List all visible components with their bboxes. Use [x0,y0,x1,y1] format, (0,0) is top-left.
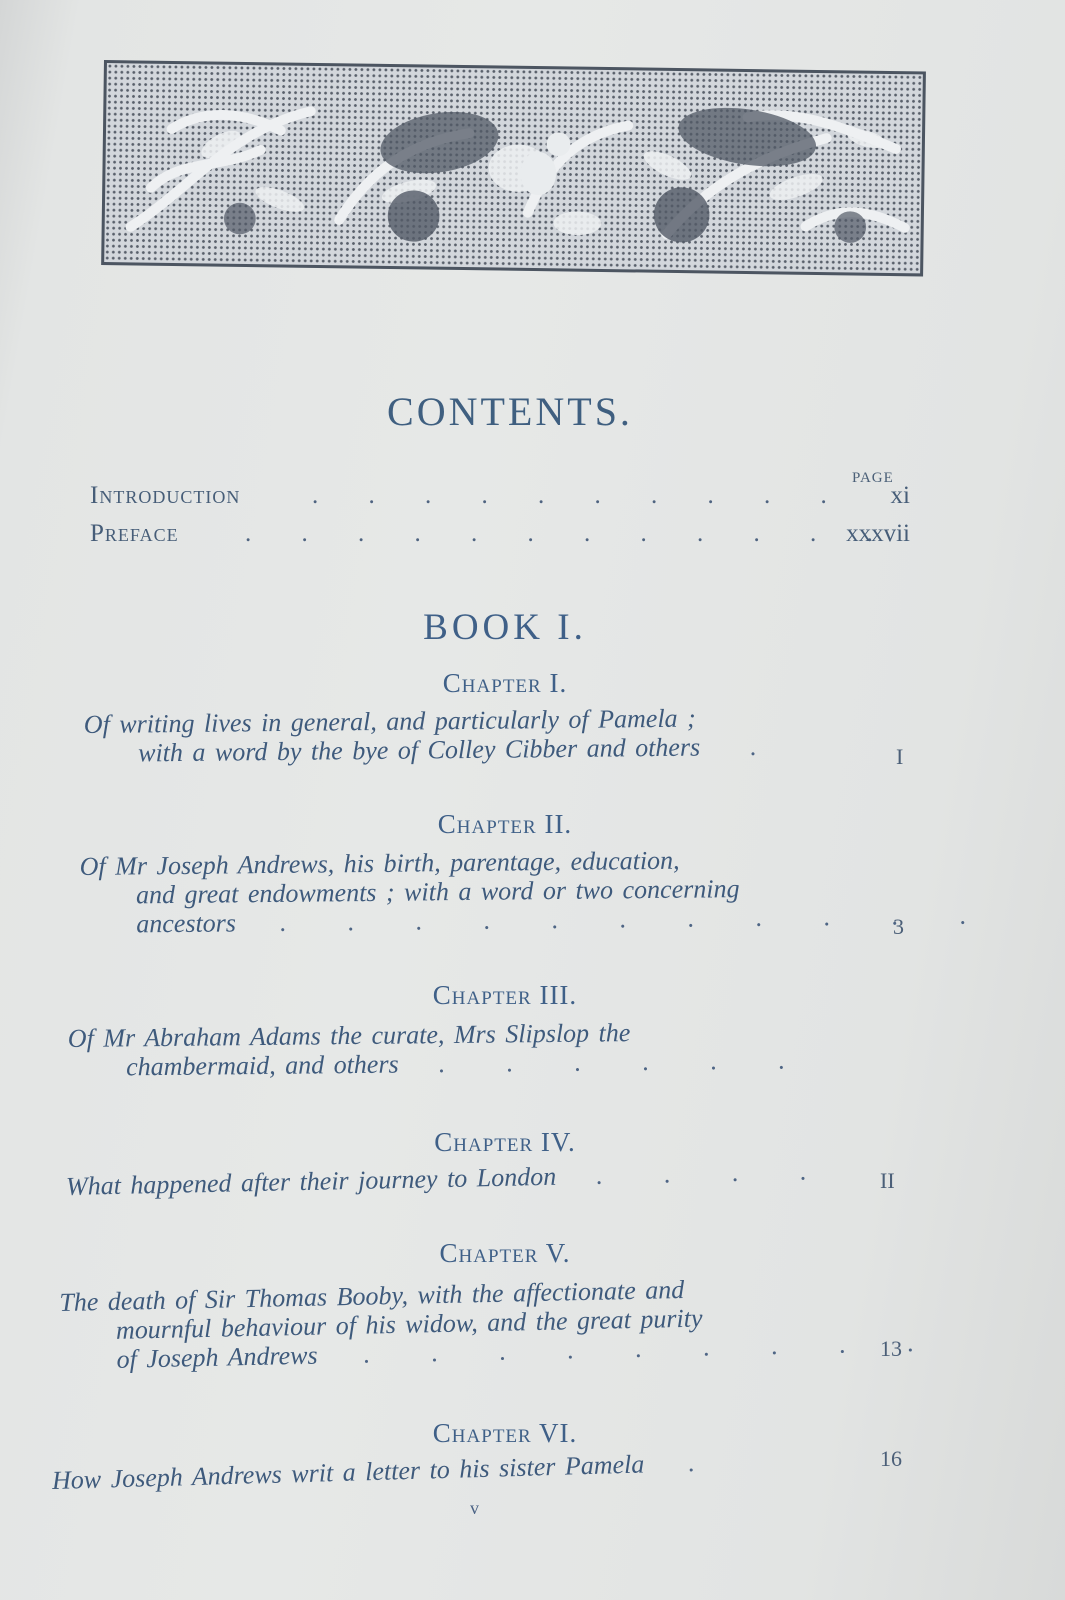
entry-label: Preface [90,520,179,548]
chapter-4-page-number: II [880,1168,895,1194]
entry-line-text: with a word by the bye of Colley Cibber … [138,733,700,768]
dot-leader: . [687,1447,720,1477]
chapter-heading-1: Chapter I. [0,668,1010,699]
chapter-heading-5: Chapter V. [0,1238,1010,1269]
ornamental-foliage-headpiece-icon [110,69,917,267]
entry-line: with a word by the bye of Colley Cibber … [84,732,782,768]
chapter-6-page-number: 16 [880,1446,902,1472]
chapter-1-page-number: I [896,744,903,770]
entry-line-text: How Joseph Andrews writ a letter to his … [52,1449,645,1495]
dot-leader: . . . . . . . . . . . [279,900,992,936]
entry-line-text: What happened after their journey to Lon… [66,1162,557,1201]
dot-leader: . . . . . . . . . . [312,482,849,510]
entry-line-text: ancestors [136,908,236,938]
toc-entry-chapter-5[interactable]: The death of Sir Thomas Booby, with the … [59,1270,940,1375]
ornamental-headpiece [101,60,926,276]
toc-entry-preface[interactable]: Preface . . . . . . . . . . . . xxxvii [90,520,910,554]
toc-entry-introduction[interactable]: Introduction . . . . . . . . . . xi [90,482,910,516]
dot-leader: . . . . [595,1156,832,1190]
book-page: CONTENTS. PAGE Introduction . . . . . . … [0,0,1065,1600]
toc-entry-chapter-1[interactable]: Of writing lives in general, and particu… [84,703,783,768]
entry-line: What happened after their journey to Lon… [66,1156,833,1201]
book-heading: BOOK I. [0,606,1010,649]
page-folio: v [470,1498,479,1519]
entry-page-number: xi [891,482,910,510]
dot-leader: . [749,732,782,761]
chapter-2-page-number: 3 [893,914,904,940]
toc-entry-chapter-2[interactable]: Of Mr Joseph Andrews, his birth, parenta… [80,842,993,939]
chapter-5-page-number: 13 [880,1336,902,1362]
dot-leader: . . . . . . . . . . . . [245,520,895,548]
chapter-heading-2: Chapter II. [0,809,1010,840]
toc-entry-chapter-4[interactable]: What happened after their journey to Lon… [66,1156,833,1201]
entry-page-number: xxxvii [846,520,910,548]
dot-leader: . . . . . . [438,1045,811,1078]
toc-entry-chapter-6[interactable]: How Joseph Andrews writ a letter to his … [52,1447,721,1495]
chapter-heading-3: Chapter III. [0,980,1010,1011]
chapter-heading-6: Chapter VI. [0,1418,1010,1449]
contents-title: CONTENTS. [0,388,1020,435]
entry-line-text: chambermaid, and others [126,1050,399,1082]
chapter-heading-4: Chapter IV. [0,1127,1010,1158]
entry-label: Introduction [90,482,240,510]
toc-entry-chapter-3[interactable]: Of Mr Abraham Adams the curate, Mrs Slip… [68,1016,811,1082]
entry-line: How Joseph Andrews writ a letter to his … [52,1447,721,1495]
entry-line-text: of Joseph Andrews [116,1341,318,1374]
